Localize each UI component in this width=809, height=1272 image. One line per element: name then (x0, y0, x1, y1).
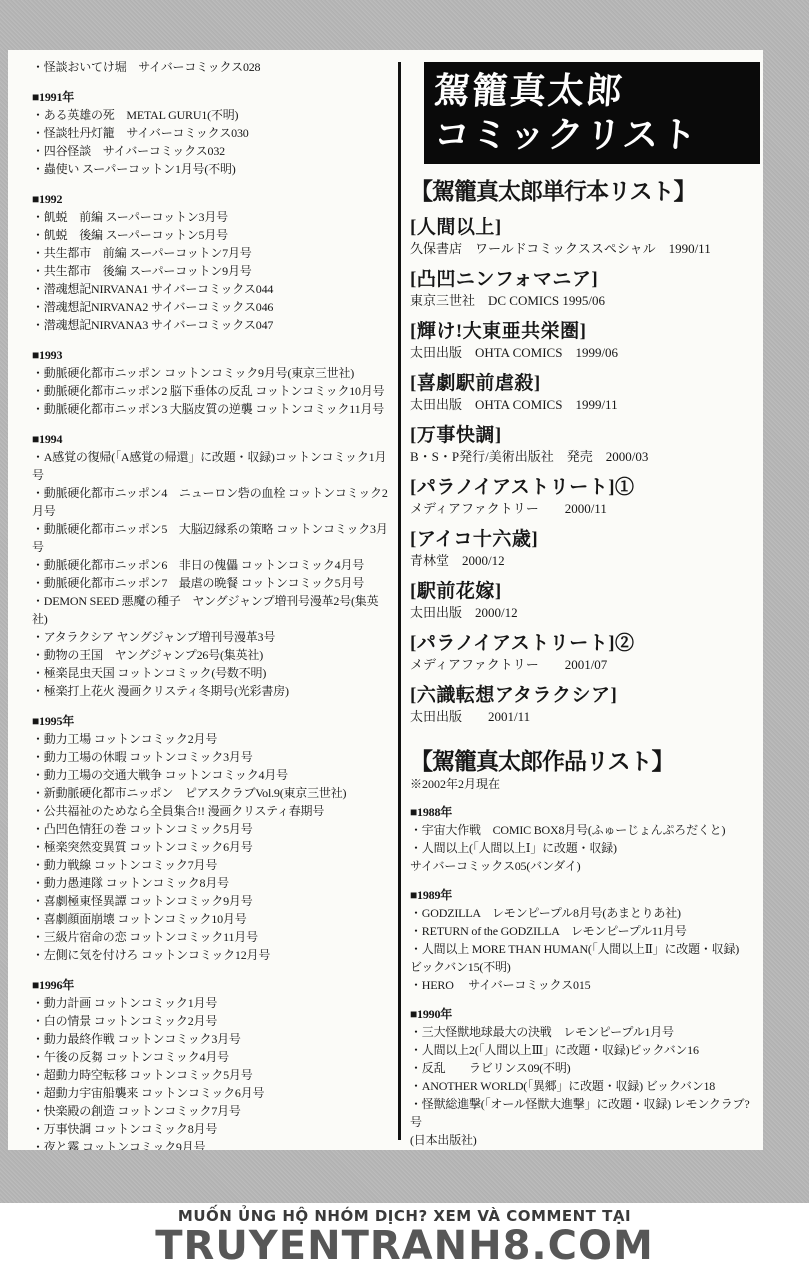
book-publisher: 東京三世社 DC COMICS 1995/06 (410, 293, 758, 308)
year-block: ■1988年・宇宙大作戦 COMIC BOX8月号(ふゅーじょんぷろだくと)・人… (410, 803, 758, 875)
year-block: ■1989年・GODZILLA レモンピープル8月号(あまとりあ社)・RETUR… (410, 886, 758, 994)
list-item: ・万事快調 コットンコミック8月号 (32, 1120, 392, 1138)
tankobon-list: [人間以上]久保書店 ワールドコミックススペシャル 1990/11[凸凹ニンフォ… (410, 217, 758, 724)
book-title: [万事快調] (410, 425, 758, 447)
list-item: ・怪談牡丹灯籠 サイバーコミックス030 (32, 124, 392, 142)
list-item: ・午後の反芻 コットンコミック4月号 (32, 1048, 392, 1066)
book-publisher: 青林堂 2000/12 (410, 553, 758, 568)
book-title: [人間以上] (410, 217, 758, 239)
year-heading: ■1994 (32, 430, 392, 448)
list-item: ・白の情景 コットンコミック2月号 (32, 1012, 392, 1030)
year-heading: ■1995年 (32, 712, 392, 730)
book-entry: [駅前花嫁]太田出版 2000/12 (410, 581, 758, 620)
title-line-1: 駕籠真太郎 (432, 69, 761, 113)
works-list-note: ※2002年2月現在 (410, 776, 758, 792)
list-item: ・RETURN of the GODZILLA レモンピープル11月号 (410, 922, 758, 940)
list-item: ・動脈硬化都市ニッポン4 ニューロン砦の血栓 コットンコミック2月号 (32, 484, 392, 520)
list-item: ・人間以上(「人間以上Ⅰ」に改題・収録) (410, 839, 758, 857)
column-divider (398, 62, 401, 1140)
list-item: ・宇宙大作戦 COMIC BOX8月号(ふゅーじょんぷろだくと) (410, 821, 758, 839)
year-block: ■1994・A感覚の復帰(「A感覚の帰還」に改題・収録)コットンコミック1月号・… (32, 430, 392, 700)
list-item: ・動力計画 コットンコミック1月号 (32, 994, 392, 1012)
list-item: ・DEMON SEED 悪魔の種子 ヤングジャンプ増刊号漫革2号(集英社) (32, 592, 392, 628)
list-item: ・喜劇顔面崩壊 コットンコミック10月号 (32, 910, 392, 928)
comic-list-title-box: 駕籠真太郎 コミックリスト (424, 62, 760, 164)
watermark-site-name: TRUYENTRANH8.COM (0, 1225, 809, 1267)
list-item: ・動力愚連隊 コットンコミック8月号 (32, 874, 392, 892)
works-list-heading: 【駕籠真太郎作品リスト】 (410, 748, 758, 774)
year-block: ■1991年・ある英雄の死 METAL GURU1(不明)・怪談牡丹灯籠 サイバ… (32, 88, 392, 178)
year-heading: ■1989年 (410, 886, 758, 904)
book-publisher: B・S・P発行/美術出版社 発売 2000/03 (410, 449, 758, 464)
list-item: ・アタラクシア ヤングジャンプ増刊号漫革3号 (32, 628, 392, 646)
list-item: ・動力戦線 コットンコミック7月号 (32, 856, 392, 874)
book-title: [駅前花嫁] (410, 581, 758, 603)
book-entry: [万事快調]B・S・P発行/美術出版社 発売 2000/03 (410, 425, 758, 464)
list-item: ・動力工場の交通大戦争 コットンコミック4月号 (32, 766, 392, 784)
year-heading: ■1993 (32, 346, 392, 364)
book-entry: [人間以上]久保書店 ワールドコミックススペシャル 1990/11 (410, 217, 758, 256)
list-item: ・新動脈硬化都市ニッポン ピアスクラブVol.9(東京三世社) (32, 784, 392, 802)
list-item: ・動力工場 コットンコミック2月号 (32, 730, 392, 748)
book-entry: [パラノイアストリート]①メディアファクトリー 2000/11 (410, 477, 758, 516)
list-item: ・極楽打上花火 漫画クリスティ冬期号(光彩書房) (32, 682, 392, 700)
list-item: ・公共福祉のためなら全員集合!! 漫画クリスティ春期号 (32, 802, 392, 820)
book-entry: [輝け!大東亜共栄圏]太田出版 OHTA COMICS 1999/06 (410, 321, 758, 360)
list-item: サイバーコミックス05(バンダイ) (410, 857, 758, 875)
manga-scan-page: ・怪談おいてけ堀 サイバーコミックス028 ■1991年・ある英雄の死 META… (0, 0, 809, 1272)
list-item: ・夜と霧 コットンコミック9月号 (32, 1138, 392, 1150)
list-item: ・動物の王国 ヤングジャンプ26号(集英社) (32, 646, 392, 664)
book-title: [パラノイアストリート]② (410, 633, 758, 655)
book-entry: [凸凹ニンフォマニア]東京三世社 DC COMICS 1995/06 (410, 269, 758, 308)
list-item: ・動脈硬化都市ニッポン3 大脳皮質の逆襲 コットンコミック11月号 (32, 400, 392, 418)
book-title: [凸凹ニンフォマニア] (410, 269, 758, 291)
year-block: ■1990年・三大怪獣地球最大の決戦 レモンピープル1月号・人間以上2(「人間以… (410, 1005, 758, 1149)
list-item: ・人間以上 MORE THAN HUMAN(「人間以上Ⅱ」に改題・収録) (410, 940, 758, 958)
title-line-2: コミックリスト (432, 113, 761, 157)
list-item: ・四谷怪談 サイバーコミックス032 (32, 142, 392, 160)
book-publisher: 久保書店 ワールドコミックススペシャル 1990/11 (410, 241, 758, 256)
list-item: ・怪獣総進撃(「オール怪獣大進撃」に改題・収録) レモンクラブ?号 (410, 1095, 758, 1131)
list-item: ・超動力宇宙船襲来 コットンコミック6月号 (32, 1084, 392, 1102)
list-item: ・凸凹色情狂の巻 コットンコミック5月号 (32, 820, 392, 838)
year-block: ■1996年・動力計画 コットンコミック1月号・白の情景 コットンコミック2月号… (32, 976, 392, 1150)
list-item: ・超動力時空転移 コットンコミック5月号 (32, 1066, 392, 1084)
list-item: ・A感覚の復帰(「A感覚の帰還」に改題・収録)コットンコミック1月号 (32, 448, 392, 484)
list-item: ・動力最終作戦 コットンコミック3月号 (32, 1030, 392, 1048)
book-publisher: メディアファクトリー 2000/11 (410, 501, 758, 516)
list-item: ・快楽殿の創造 コットンコミック7月号 (32, 1102, 392, 1120)
year-heading: ■1992 (32, 190, 392, 208)
list-item: ・ある英雄の死 METAL GURU1(不明) (32, 106, 392, 124)
list-item: ・動脈硬化都市ニッポン6 非日の傀儡 コットンコミック4月号 (32, 556, 392, 574)
year-block: ■1995年・動力工場 コットンコミック2月号・動力工場の休暇 コットンコミック… (32, 712, 392, 964)
list-item: ・極楽昆虫天国 コットンコミック(号数不明) (32, 664, 392, 682)
list-item: ・動脈硬化都市ニッポン5 大脳辺縁系の策略 コットンコミック3月号 (32, 520, 392, 556)
year-heading: ■1990年 (410, 1005, 758, 1023)
list-item: ・飢蜕 後編 スーパーコットン5月号 (32, 226, 392, 244)
year-block: ■1993・動脈硬化都市ニッポン コットンコミック9月号(東京三世社)・動脈硬化… (32, 346, 392, 418)
list-item: ・GODZILLA レモンピープル8月号(あまとりあ社) (410, 904, 758, 922)
year-block: ■1992・飢蜕 前編 スーパーコットン3月号・飢蜕 後編 スーパーコットン5月… (32, 190, 392, 334)
book-title: [パラノイアストリート]① (410, 477, 758, 499)
list-item: ・共生都市 後編 スーパーコットン9月号 (32, 262, 392, 280)
list-item: ・左側に気を付けろ コットンコミック12月号 (32, 946, 392, 964)
list-item: ・喜劇極東怪異譚 コットンコミック9月号 (32, 892, 392, 910)
comic-list-page: ・怪談おいてけ堀 サイバーコミックス028 ■1991年・ある英雄の死 META… (8, 50, 763, 1150)
list-item: ・極楽突然変異質 コットンコミック6月号 (32, 838, 392, 856)
right-column: 駕籠真太郎 コミックリスト 【駕籠真太郎単行本リスト】 [人間以上]久保書店 ワ… (410, 62, 758, 1149)
book-title: [六識転想アタラクシア] (410, 685, 758, 707)
list-item: ・蟲使い スーパーコットン1月号(不明) (32, 160, 392, 178)
list-item: ・動力工場の休暇 コットンコミック3月号 (32, 748, 392, 766)
book-title: [輝け!大東亜共栄圏] (410, 321, 758, 343)
list-item: ・ANOTHER WORLD(「異郷」に改題・収録) ビックバン18 (410, 1077, 758, 1095)
left-column: ・怪談おいてけ堀 サイバーコミックス028 ■1991年・ある英雄の死 META… (32, 58, 392, 1150)
list-item: ・動脈硬化都市ニッポン7 最虐の晩餐 コットンコミック5月号 (32, 574, 392, 592)
year-heading: ■1988年 (410, 803, 758, 821)
list-item: ・潜魂想記NIRVANA1 サイバーコミックス044 (32, 280, 392, 298)
book-title: [アイコ十六歳] (410, 529, 758, 551)
list-item: ・共生都市 前編 スーパーコットン7月号 (32, 244, 392, 262)
list-item: ・動脈硬化都市ニッポン コットンコミック9月号(東京三世社) (32, 364, 392, 382)
list-item: ・動脈硬化都市ニッポン2 脳下垂体の反乱 コットンコミック10月号 (32, 382, 392, 400)
list-item: ・潜魂想記NIRVANA3 サイバーコミックス047 (32, 316, 392, 334)
book-entry: [パラノイアストリート]②メディアファクトリー 2001/07 (410, 633, 758, 672)
book-entry: [喜劇駅前虐殺]太田出版 OHTA COMICS 1999/11 (410, 373, 758, 412)
list-item: ・飢蜕 前編 スーパーコットン3月号 (32, 208, 392, 226)
book-entry: [六識転想アタラクシア]太田出版 2001/11 (410, 685, 758, 724)
list-item: ・HERO サイバーコミックス015 (410, 976, 758, 994)
book-entry: [アイコ十六歳]青林堂 2000/12 (410, 529, 758, 568)
book-title: [喜劇駅前虐殺] (410, 373, 758, 395)
year-heading: ■1996年 (32, 976, 392, 994)
book-publisher: 太田出版 2001/11 (410, 709, 758, 724)
list-item: ・怪談おいてけ堀 サイバーコミックス028 (32, 58, 392, 76)
list-item: ・人間以上2(「人間以上Ⅲ」に改題・収録)ビックバン16 (410, 1041, 758, 1059)
list-item: ・反乱 ラビリンス09(不明) (410, 1059, 758, 1077)
book-publisher: 太田出版 OHTA COMICS 1999/06 (410, 345, 758, 360)
watermark-footer: MUỐN ỦNG HỘ NHÓM DỊCH? XEM VÀ COMMENT TẠ… (0, 1203, 809, 1272)
year-heading: ■1991年 (32, 88, 392, 106)
book-publisher: 太田出版 2000/12 (410, 605, 758, 620)
tankobon-list-heading: 【駕籠真太郎単行本リスト】 (410, 178, 758, 204)
list-item: ビックバン15(不明) (410, 958, 758, 976)
list-item: (日本出版社) (410, 1131, 758, 1149)
list-item: ・潜魂想記NIRVANA2 サイバーコミックス046 (32, 298, 392, 316)
book-publisher: 太田出版 OHTA COMICS 1999/11 (410, 397, 758, 412)
list-item: ・三級片宿命の恋 コットンコミック11月号 (32, 928, 392, 946)
book-publisher: メディアファクトリー 2001/07 (410, 657, 758, 672)
works-year-list: ■1988年・宇宙大作戦 COMIC BOX8月号(ふゅーじょんぷろだくと)・人… (410, 803, 758, 1149)
list-item: ・三大怪獣地球最大の決戦 レモンピープル1月号 (410, 1023, 758, 1041)
